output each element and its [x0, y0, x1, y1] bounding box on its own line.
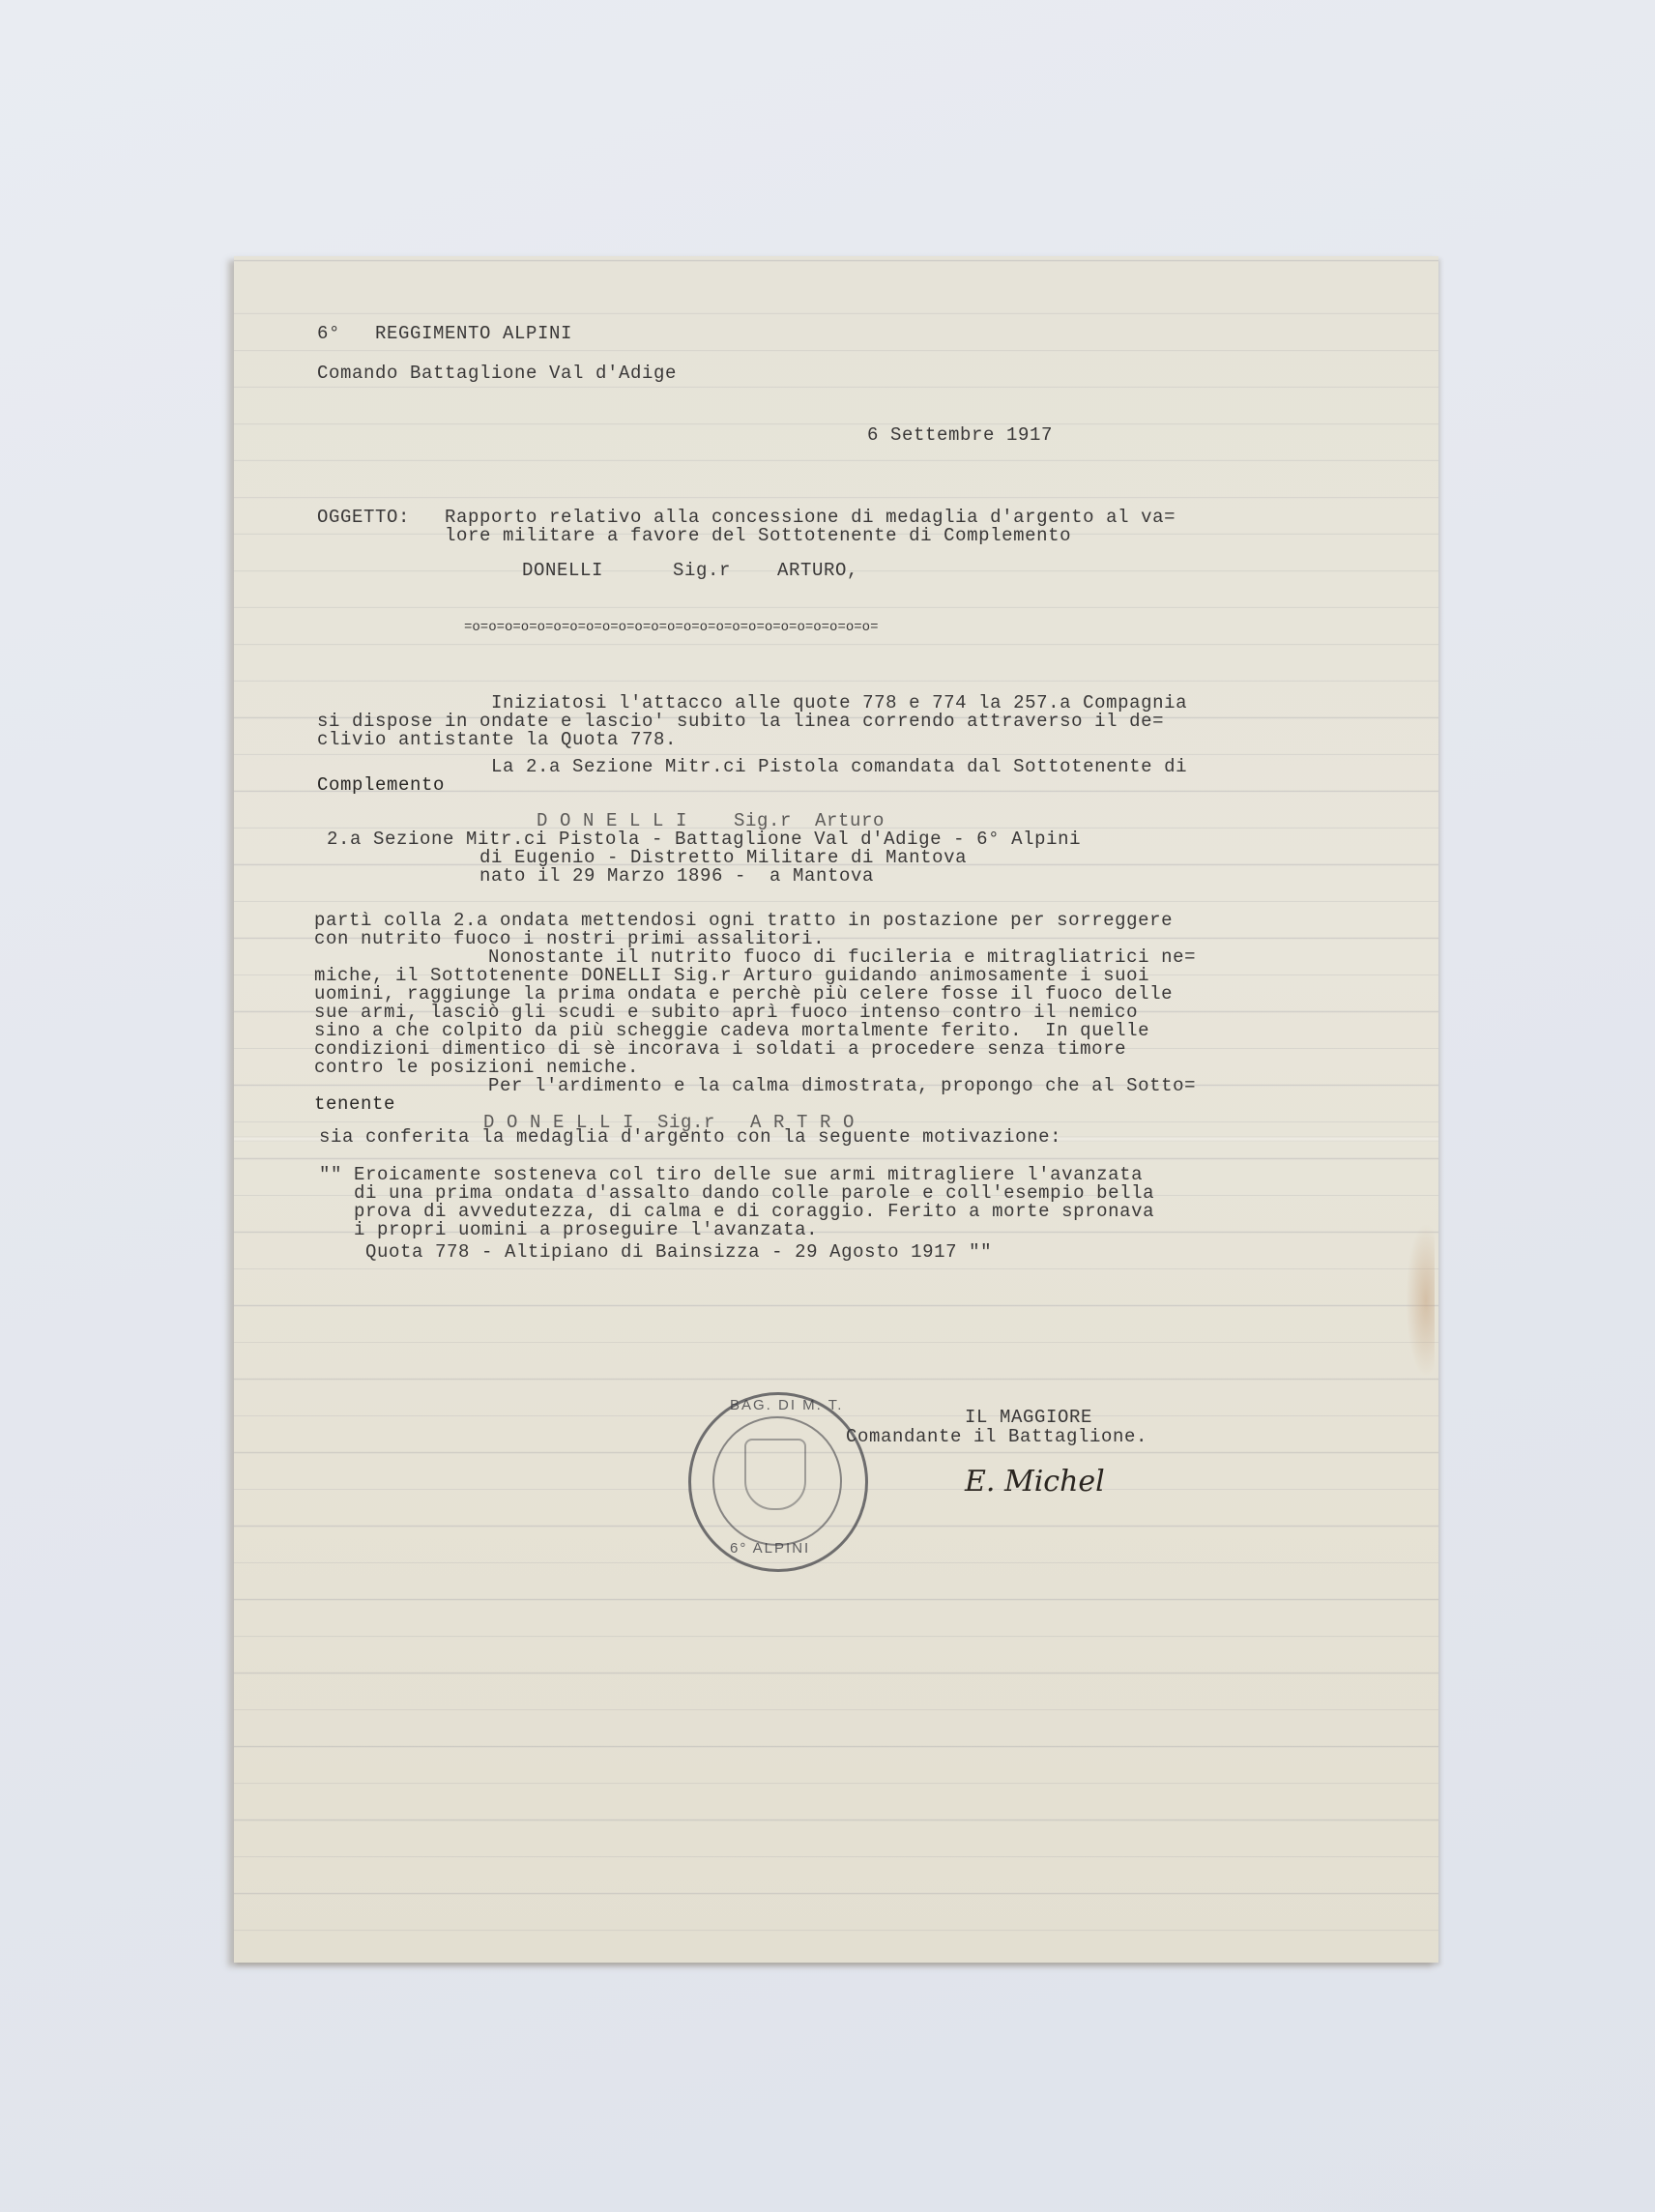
- crest-icon: [744, 1439, 806, 1510]
- subject-name: DONELLI Sig.r ARTURO,: [522, 562, 858, 580]
- signoff-rank: IL MAGGIORE: [965, 1409, 1092, 1427]
- citation-line-5: Quota 778 - Altipiano di Bainsizza - 29 …: [319, 1243, 992, 1262]
- regiment-heading: 6° REGGIMENTO ALPINI: [317, 325, 572, 343]
- body-p2-line-2: Complemento: [317, 776, 445, 795]
- stamp-top-text: BAG. DI M. T.: [730, 1397, 843, 1413]
- decorative-separator: =o=o=o=o=o=o=o=o=o=o=o=o=o=o=o=o=o=o=o=o…: [464, 619, 878, 637]
- stamp-bottom-text: 6° ALPINI: [730, 1540, 810, 1557]
- citation-line-4: i propri uomini a proseguire l'avanzata.: [319, 1221, 818, 1239]
- letter-date: 6 Settembre 1917: [867, 426, 1053, 445]
- signoff-role: Comandante il Battaglione.: [846, 1428, 1147, 1446]
- official-stamp: BAG. DI M. T. 6° ALPINI: [688, 1392, 868, 1572]
- identity-birth: nato il 29 Marzo 1896 - a Mantova: [479, 867, 874, 886]
- body-p5-line-2: tenente: [314, 1095, 395, 1114]
- subject-label: OGGETTO:: [317, 509, 410, 527]
- signature: E. Michel: [965, 1465, 1105, 1499]
- subject-line-2: lore militare a favore del Sottotenente …: [445, 527, 1071, 545]
- command-heading: Comando Battaglione Val d'Adige: [317, 364, 677, 383]
- paper-stain: [1406, 1223, 1435, 1378]
- body-p5-line-1: Per l'ardimento e la calma dimostrata, p…: [314, 1077, 1196, 1095]
- body-p6: sia conferita la medaglia d'argento con …: [319, 1128, 1061, 1147]
- body-p2-line-1: La 2.a Sezione Mitr.ci Pistola comandata…: [317, 758, 1187, 776]
- body-p1-line-3: clivio antistante la Quota 778.: [317, 731, 677, 749]
